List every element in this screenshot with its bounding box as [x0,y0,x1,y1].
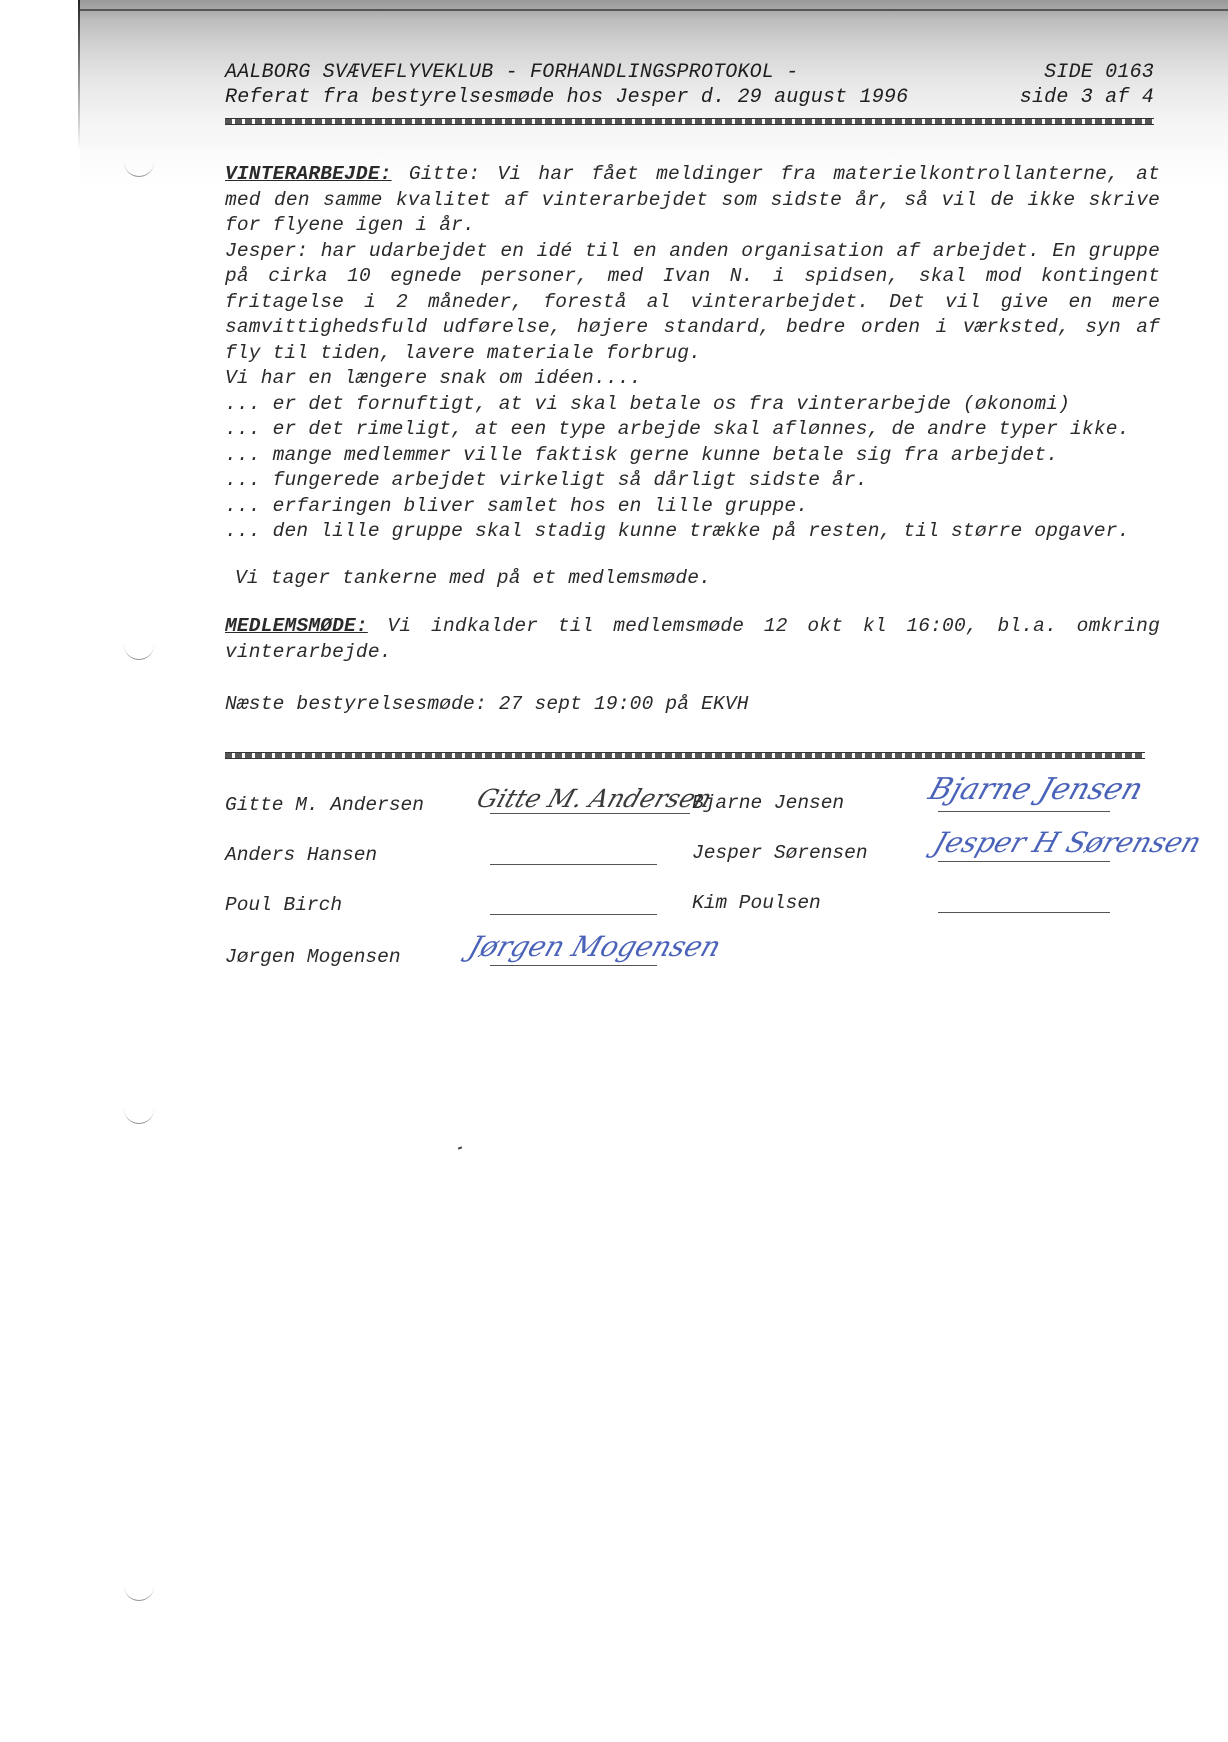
paragraph-line: vinterarbejde. [225,640,1160,666]
signature-line [490,965,657,966]
hole-punch-mark [124,1584,154,1601]
next-meeting-text: Næste bestyrelsesmøde: 27 sept 19:00 på … [225,692,749,718]
scan-margin [0,0,78,1742]
scan-edge-line [80,9,1228,11]
document-header: AALBORG SVÆVEFLYVEKLUB - FORHANDLINGSPRO… [225,60,908,110]
signatory-name: Gitte M. Andersen [225,794,424,816]
paragraph-line: Jesper: har udarbejdet en idé til en and… [225,239,1160,265]
signatory-name: Anders Hansen [225,844,377,866]
scan-speck [458,1146,462,1149]
list-item: ... er det rimeligt, at een type arbejde… [225,417,1160,443]
list-item: ... erfaringen bliver samlet hos en lill… [225,494,1160,520]
page-reference: SIDE 0163 side 3 af 4 [1020,60,1154,110]
paragraph-line: for flyene igen i år. [225,213,1160,239]
signatory-name: Bjarne Jensen [692,792,844,814]
handwritten-signature: Jesper H Sørensen [930,826,1206,859]
document-subtitle: Referat fra bestyrelsesmøde hos Jesper d… [225,85,908,110]
paragraph-line: VINTERARBEJDE: Gitte: Vi har fået meldin… [225,162,1160,188]
signatory-name: Kim Poulsen [692,892,821,914]
section-title: VINTERARBEJDE: [225,163,392,185]
signature-line [938,811,1110,812]
signature-line [490,914,657,915]
signature-divider [225,752,1145,759]
list-item: ... den lille gruppe skal stadig kunne t… [225,519,1160,545]
handwritten-signature: Gitte M. Andersen [473,784,715,813]
section-vinterarbejde: VINTERARBEJDE: Gitte: Vi har fået meldin… [225,162,1160,545]
paragraph-line: med den samme kvalitet af vinterarbejdet… [225,188,1160,214]
signatory-name: Jørgen Mogensen [225,946,401,968]
list-item: ... er det fornuftigt, at vi skal betale… [225,392,1160,418]
signatory-name: Poul Birch [225,894,342,916]
signature-line [938,861,1110,862]
paragraph-line: Vi har en længere snak om idéen.... [225,366,1160,392]
list-item: ... mange medlemmer ville faktisk gerne … [225,443,1160,469]
conclusion-text: Vi tager tankerne med på et medlemsmøde. [235,566,711,592]
hole-punch-mark [124,643,154,660]
section-medlemsmode: MEDLEMSMØDE: Vi indkalder til medlemsmød… [225,614,1160,665]
section-title: MEDLEMSMØDE: [225,615,368,637]
scan-edge [78,0,80,150]
signature-line [490,864,657,865]
header-divider [225,118,1154,125]
page-of: side 3 af 4 [1020,85,1154,110]
signatory-name: Jesper Sørensen [692,842,868,864]
line-text: Vi indkalder til medlemsmøde 12 okt kl 1… [368,615,1160,637]
paragraph-line: på cirka 10 egnede personer, med Ivan N.… [225,264,1160,290]
hole-punch-mark [124,1107,154,1124]
signature-line [490,813,690,814]
page-number: SIDE 0163 [1020,60,1154,85]
paragraph-line: fly til tiden, lavere materiale forbrug. [225,341,1160,367]
paragraph-line: fritagelse i 2 måneder, forestå al vinte… [225,290,1160,316]
handwritten-signature: Jørgen Mogensen [465,930,726,963]
list-item: ... fungerede arbejdet virkeligt så dårl… [225,468,1160,494]
signature-line [938,912,1110,913]
document-title: AALBORG SVÆVEFLYVEKLUB - FORHANDLINGSPRO… [225,60,908,85]
paragraph-line: samvittighedsfuld udførelse, højere stan… [225,315,1160,341]
handwritten-signature: Bjarne Jensen [924,772,1147,807]
paragraph-line: MEDLEMSMØDE: Vi indkalder til medlemsmød… [225,614,1160,640]
line-text: Gitte: Vi har fået meldinger fra materie… [392,163,1160,185]
